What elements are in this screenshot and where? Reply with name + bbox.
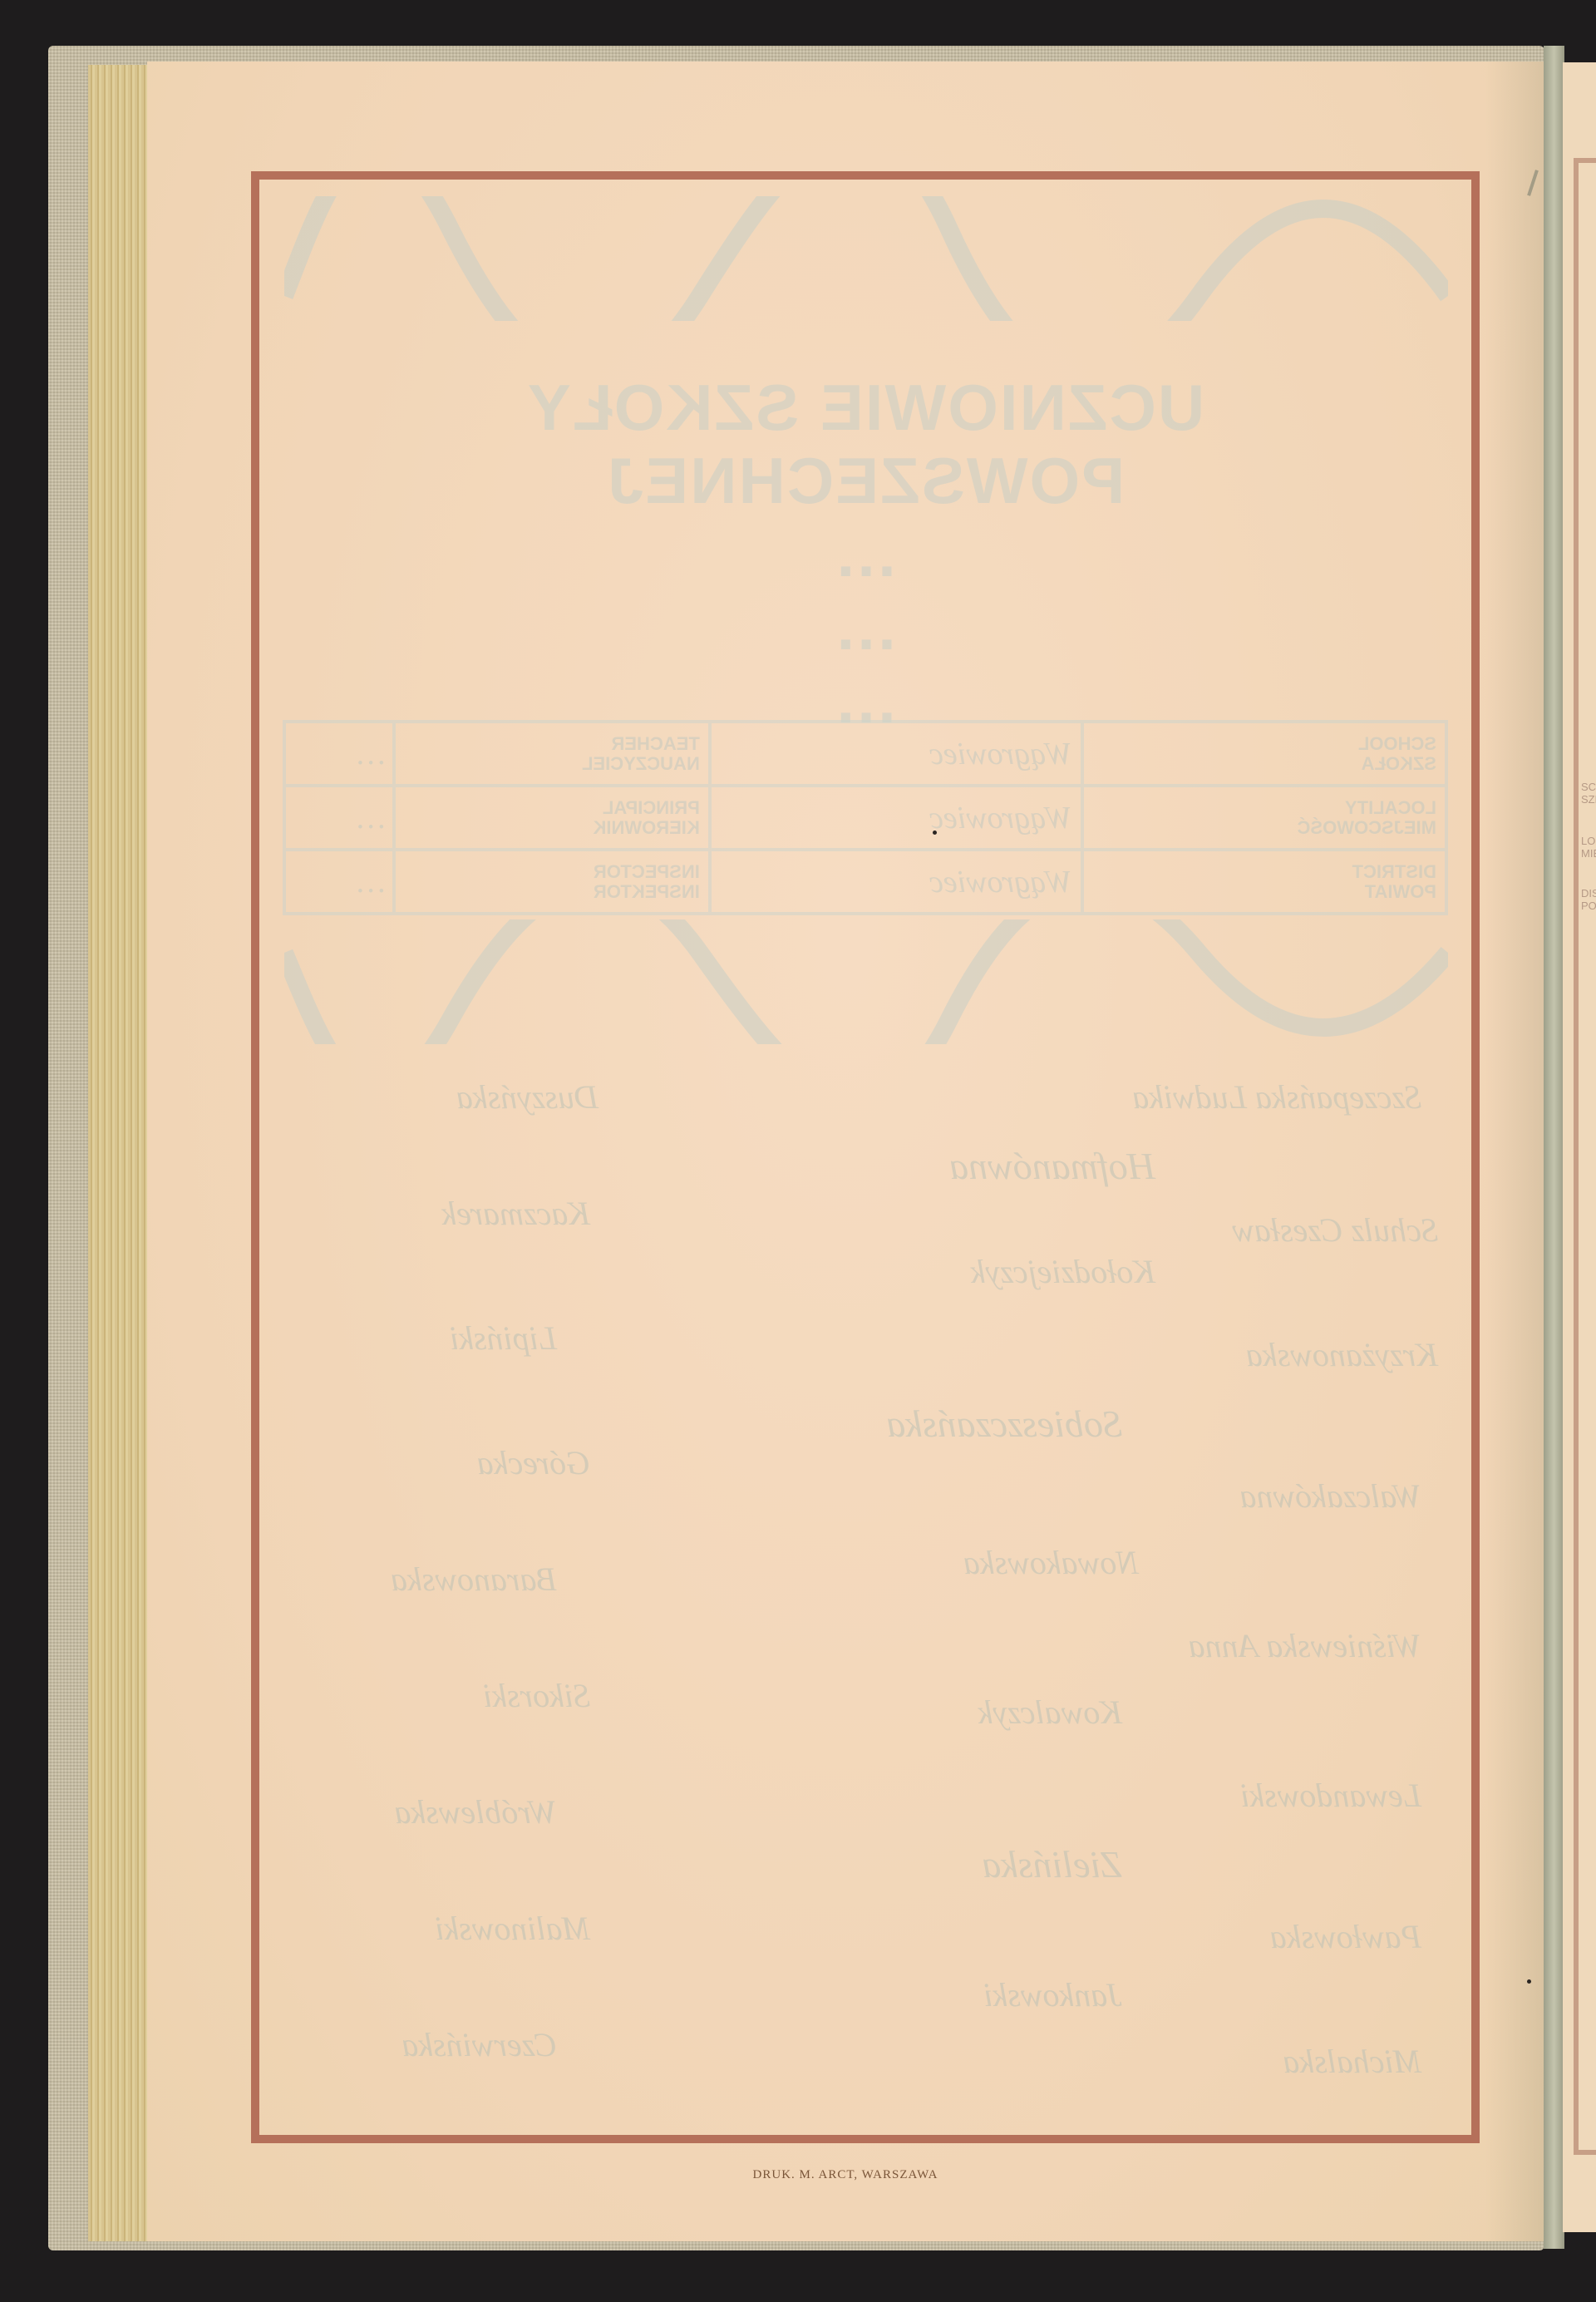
bottom-ornament-icon <box>284 919 1448 1044</box>
page-frame-border: UCZNIOWIE SZKOŁY POWSZECHNEJ … … … SCHOO… <box>251 171 1480 2143</box>
label-cell: INSPECTORINSPEKTOR <box>394 850 709 914</box>
show-through-handwriting: Szczepańska Ludwika Hofmanówna Schulz Cz… <box>259 1044 1471 2125</box>
book-page: UCZNIOWIE SZKOŁY POWSZECHNEJ … … … SCHOO… <box>147 62 1544 2241</box>
table-row: SCHOOLSZKOŁA Wągrowiec TEACHERNAUCZYCIEL… <box>284 722 1446 786</box>
adjacent-label: LOC <box>1581 836 1596 847</box>
show-through-title: UCZNIOWIE SZKOŁY POWSZECHNEJ … … … <box>259 371 1471 737</box>
ink-speck <box>933 831 937 835</box>
label-cell: TEACHERNAUCZYCIEL <box>394 722 709 786</box>
title-line: … <box>259 517 1471 590</box>
value-cell: … <box>284 850 394 914</box>
adjacent-label: POW <box>1581 900 1596 912</box>
value-cell: … <box>284 722 394 786</box>
table-row: LOCALITYMIEJSCOWOŚĆ Wągrowiec PRINCIPALK… <box>284 786 1446 850</box>
adjacent-label: SCHO <box>1581 781 1596 793</box>
label-cell: DISTRICTPOWIAT <box>1082 850 1446 914</box>
adjacent-label: DIST <box>1581 888 1596 900</box>
show-through-table: SCHOOLSZKOŁA Wągrowiec TEACHERNAUCZYCIEL… <box>283 720 1448 915</box>
gutter-shadow <box>1485 62 1544 2241</box>
top-ornament-icon <box>284 196 1448 321</box>
value-cell: Wągrowiec <box>710 722 1082 786</box>
value-cell: Wągrowiec <box>710 850 1082 914</box>
ink-speck <box>1527 1979 1531 1984</box>
printer-imprint: DRUK. M. ARCT, WARSZAWA <box>147 2168 1544 2182</box>
book-gutter <box>1544 46 1564 2249</box>
adjacent-label: MIE <box>1581 848 1596 860</box>
label-cell: LOCALITYMIEJSCOWOŚĆ <box>1082 786 1446 850</box>
title-line: UCZNIOWIE SZKOŁY <box>259 371 1471 444</box>
value-cell: Wągrowiec <box>710 786 1082 850</box>
table-row: DISTRICTPOWIAT Wągrowiec INSPECTORINSPEK… <box>284 850 1446 914</box>
value-cell: … <box>284 786 394 850</box>
page-edges <box>88 65 148 2241</box>
adjacent-page-frame <box>1574 158 1596 2155</box>
label-cell: PRINCIPALKIEROWNIK <box>394 786 709 850</box>
title-line: … <box>259 590 1471 663</box>
title-line: POWSZECHNEJ <box>259 444 1471 517</box>
label-cell: SCHOOLSZKOŁA <box>1082 722 1446 786</box>
adjacent-label: SZKO <box>1581 794 1596 806</box>
